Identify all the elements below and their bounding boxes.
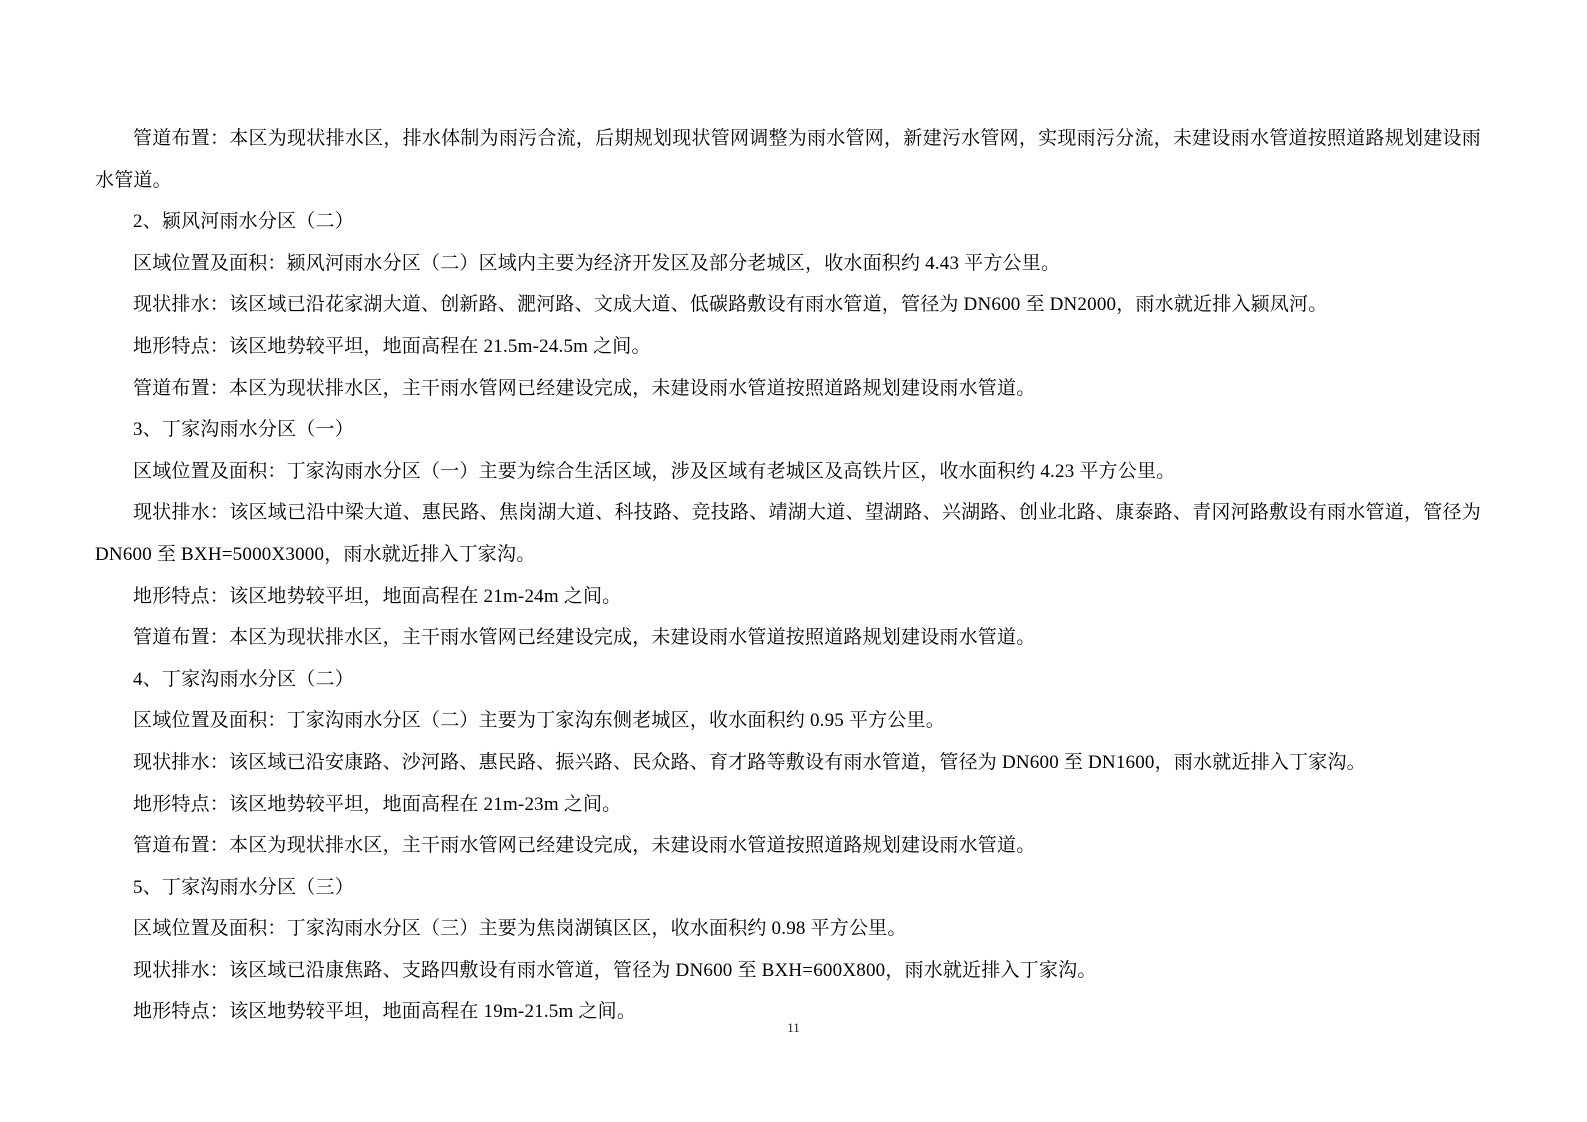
paragraph-pipe-layout-2: 管道布置：本区为现状排水区，主干雨水管网已经建设完成，未建设雨水管道按照道路规划… [95,368,1481,410]
paragraph-current-drainage-5: 现状排水：该区域已沿康焦路、支路四敷设有雨水管道，管径为 DN600 至 BXH… [95,950,1481,992]
paragraph-current-drainage-2: 现状排水：该区域已沿花家湖大道、创新路、淝河路、文成大道、低碳路敷设有雨水管道，… [95,284,1481,326]
paragraph-terrain-2: 地形特点：该区地势较平坦，地面高程在 21.5m-24.5m 之间。 [95,326,1481,368]
paragraph-pipe-layout-3: 管道布置：本区为现状排水区，主干雨水管网已经建设完成，未建设雨水管道按照道路规划… [95,617,1481,659]
page-number: 11 [0,1020,1587,1036]
paragraph-pipe-layout-4: 管道布置：本区为现状排水区，主干雨水管网已经建设完成，未建设雨水管道按照道路规划… [95,825,1481,867]
section-heading-5: 5、丁家沟雨水分区（三） [95,867,1481,909]
paragraph-terrain-3: 地形特点：该区地势较平坦，地面高程在 21m-24m 之间。 [95,576,1481,618]
paragraph-terrain-4: 地形特点：该区地势较平坦，地面高程在 21m-23m 之间。 [95,784,1481,826]
paragraph-area-location-4: 区域位置及面积：丁家沟雨水分区（二）主要为丁家沟东侧老城区，收水面积约 0.95… [95,700,1481,742]
document-page: 管道布置：本区为现状排水区，排水体制为雨污合流，后期规划现状管网调整为雨水管网，… [0,0,1587,1122]
paragraph-area-location-2: 区域位置及面积：颍风河雨水分区（二）区域内主要为经济开发区及部分老城区，收水面积… [95,243,1481,285]
paragraph-area-location-5: 区域位置及面积：丁家沟雨水分区（三）主要为焦岗湖镇区区，收水面积约 0.98 平… [95,908,1481,950]
document-body: 管道布置：本区为现状排水区，排水体制为雨污合流，后期规划现状管网调整为雨水管网，… [95,118,1481,1033]
paragraph-current-drainage-3: 现状排水：该区域已沿中梁大道、惠民路、焦岗湖大道、科技路、竞技路、靖湖大道、望湖… [95,492,1481,575]
paragraph-pipe-layout-1: 管道布置：本区为现状排水区，排水体制为雨污合流，后期规划现状管网调整为雨水管网，… [95,118,1481,201]
section-heading-2: 2、颍风河雨水分区（二） [95,201,1481,243]
paragraph-area-location-3: 区域位置及面积：丁家沟雨水分区（一）主要为综合生活区域，涉及区域有老城区及高铁片… [95,451,1481,493]
section-heading-3: 3、丁家沟雨水分区（一） [95,409,1481,451]
paragraph-current-drainage-4: 现状排水：该区域已沿安康路、沙河路、惠民路、振兴路、民众路、育才路等敷设有雨水管… [95,742,1481,784]
section-heading-4: 4、丁家沟雨水分区（二） [95,659,1481,701]
